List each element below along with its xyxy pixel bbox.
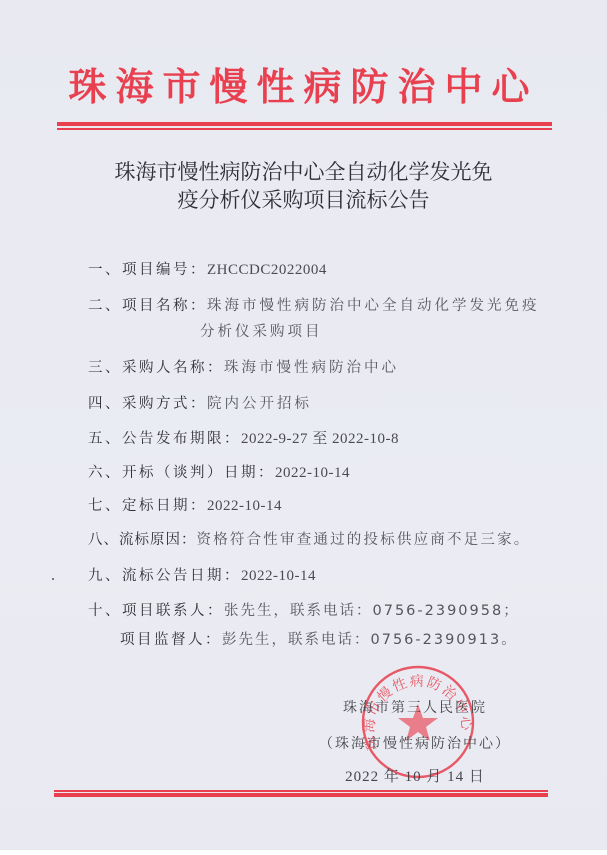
- item-label: 三、采购人名称：: [88, 360, 224, 376]
- item-value-continued: 分析仪采购项目: [88, 322, 540, 342]
- item-label: 五、公告发布期限：: [88, 431, 241, 447]
- item-purchaser: 三、采购人名称：珠海市慢性病防治中心: [88, 358, 399, 378]
- document-title-line-1: 珠海市慢性病防治中心全自动化学发光免: [60, 158, 547, 186]
- footer-rule-thick: [54, 793, 548, 797]
- page-bottom-edge: [0, 850, 607, 855]
- item-value: 2022-10-14: [241, 568, 316, 584]
- item-label: 八、流标原因：: [88, 532, 197, 548]
- item-value: 2022-9-27 至 2022-10-8: [241, 431, 399, 447]
- item-failure-reason: 八、流标原因：资格符合性审查通过的投标供应商不足三家。: [88, 530, 531, 550]
- signature-date: 2022 年 10 月 14 日: [300, 765, 530, 786]
- item-value: 资格符合性审查通过的投标供应商不足三家。: [197, 532, 531, 548]
- item-procurement-method: 四、采购方式：院内公开招标: [88, 394, 312, 414]
- item-value: 珠海市慢性病防治中心全自动化学发光免疫: [207, 298, 540, 314]
- item-label: 项目监督人：: [120, 632, 222, 648]
- item-bid-opening-date: 六、开标（谈判）日期：2022-10-14: [88, 463, 350, 483]
- item-label: 九、流标公告日期：: [88, 568, 241, 584]
- item-project-number: 一、项目编号：ZHCCDC2022004: [88, 260, 327, 280]
- footer-rule-thin: [54, 790, 548, 792]
- item-value: 珠海市慢性病防治中心: [224, 360, 399, 376]
- item-value: ZHCCDC2022004: [207, 262, 327, 278]
- item-announcement-period: 五、公告发布期限：2022-9-27 至 2022-10-8: [88, 429, 399, 449]
- stray-dot-mark: [52, 578, 54, 580]
- item-label: 二、项目名称：: [88, 298, 207, 314]
- letterhead-rule-thin: [57, 128, 552, 130]
- item-project-supervisor: 项目监督人：彭先生，联系电话：0756-2390913。: [120, 630, 518, 650]
- official-seal-icon: 珠海市慢性病防治中心: [360, 664, 476, 780]
- letterhead-rule-thick: [57, 122, 552, 126]
- document-page: 珠海市慢性病防治中心 珠海市慢性病防治中心全自动化学发光免 疫分析仪采购项目流标…: [0, 0, 607, 850]
- item-project-name: 二、项目名称：珠海市慢性病防治中心全自动化学发光免疫 分析仪采购项目: [88, 296, 540, 342]
- item-label: 七、定标日期：: [88, 498, 207, 514]
- document-title: 珠海市慢性病防治中心全自动化学发光免 疫分析仪采购项目流标公告: [60, 158, 547, 214]
- item-value: 院内公开招标: [207, 396, 312, 412]
- item-value: 张先生，联系电话：0756-2390958；: [224, 603, 520, 619]
- document-title-line-2: 疫分析仪采购项目流标公告: [60, 186, 547, 214]
- item-label: 十、项目联系人：: [88, 603, 224, 619]
- item-label: 四、采购方式：: [88, 396, 207, 412]
- item-award-date: 七、定标日期：2022-10-14: [88, 496, 282, 516]
- item-value: 2022-10-14: [207, 498, 282, 514]
- item-failure-announcement-date: 九、流标公告日期：2022-10-14: [88, 566, 316, 586]
- item-label: 六、开标（谈判）日期：: [88, 465, 275, 481]
- letterhead-title: 珠海市慢性病防治中心: [0, 62, 607, 112]
- item-value: 彭先生，联系电话：0756-2390913。: [222, 632, 518, 648]
- signature-issuer: 珠海市第三人民医院: [300, 697, 530, 717]
- item-project-contact: 十、项目联系人：张先生，联系电话：0756-2390958；: [88, 601, 520, 621]
- item-label: 一、项目编号：: [88, 262, 207, 278]
- signature-issuer-sub: （珠海市慢性病防治中心）: [300, 733, 530, 753]
- item-value: 2022-10-14: [275, 465, 350, 481]
